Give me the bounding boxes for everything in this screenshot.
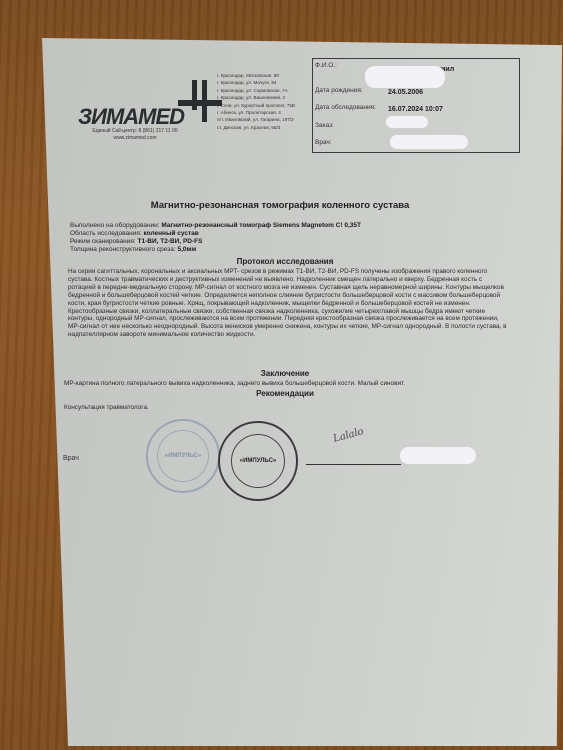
- redaction-doctor: [390, 135, 468, 149]
- conclusion-text: МР-картина полного латерального вывиха н…: [64, 380, 504, 388]
- protocol-text: На серии сагиттальных, корональных и акс…: [68, 268, 508, 339]
- address-line: г. Краснодар, ул. Мачуги, 84: [217, 79, 317, 86]
- exam-meta: Выполнено на оборудовании: Магнитно-резо…: [70, 222, 361, 254]
- recommend-text: Консультация травматолога.: [64, 404, 504, 412]
- meta-equipment: Выполнено на оборудовании: Магнитно-резо…: [70, 222, 361, 230]
- address-line: г. Абинск, ул. Пролетарская, 4: [217, 109, 317, 116]
- recommend-heading: Рекомендации: [65, 389, 505, 398]
- stamp-text: «ИМПУЛЬС»: [165, 453, 202, 459]
- meta-area: Область исследования: коленный сустав: [70, 230, 361, 238]
- clinic-addresses: г. Краснодар, Московская, 80 г. Краснода…: [217, 72, 317, 131]
- meta-thickness: Толщина реконструктивного среза: 5,0мм: [70, 246, 361, 254]
- address-line: г. Краснодар, ул. Сормовская, 7А: [217, 87, 317, 94]
- dob-value: 24.05.2006: [388, 89, 423, 96]
- redaction-doctor-name: [400, 447, 476, 464]
- document-title: Магнитно-резонансная томография коленног…: [60, 200, 500, 211]
- signature-line: [306, 464, 401, 465]
- conclusion-heading: Заключение: [65, 369, 505, 378]
- website-url: www.zimamed.com: [80, 135, 190, 142]
- logo-brand: ЗИМАMED: [78, 104, 184, 130]
- address-line: г. Сочи, ул. Курортный проспект, 75В: [217, 102, 317, 109]
- redaction-name: [365, 66, 445, 88]
- logo-cross-icon: [178, 80, 222, 122]
- fio-label: Ф.И.О.:: [315, 62, 337, 69]
- address-line: г. Краснодар, Московская, 80: [217, 72, 317, 79]
- meta-mode: Режим сканирования: T1-ВИ, T2-ВИ, PD-FS: [70, 238, 361, 246]
- address-line: г. Краснодар, ул. Вишняковой, 2: [217, 94, 317, 101]
- order-label: Заказ:: [315, 122, 334, 129]
- protocol-heading: Протокол исследования: [65, 257, 505, 266]
- clinic-stamp: «ИМПУЛЬС»: [218, 421, 298, 501]
- callcenter-phone: Единый Call-центр: 8 (861) 217 11 00: [80, 128, 190, 135]
- doctor-label: Врач:: [315, 139, 332, 146]
- doctor-sign-label: Врач: [63, 455, 79, 462]
- exam-date-label: Дата обследования:: [315, 104, 376, 111]
- clinic-stamp-faded: «ИМПУЛЬС»: [146, 419, 220, 493]
- address-line: ст. Динская, ул. Красная, 55/3: [217, 124, 317, 131]
- stamp-text: «ИМПУЛЬС»: [240, 458, 277, 464]
- address-line: пгт. Ивановский, ул. Гагарина, 197/2: [217, 116, 317, 123]
- dob-label: Дата рождения:: [315, 87, 363, 94]
- logo-subtitle: Единый Call-центр: 8 (861) 217 11 00 www…: [80, 128, 190, 142]
- exam-date-value: 16.07.2024 10:07: [388, 106, 443, 113]
- redaction-order: [386, 116, 428, 128]
